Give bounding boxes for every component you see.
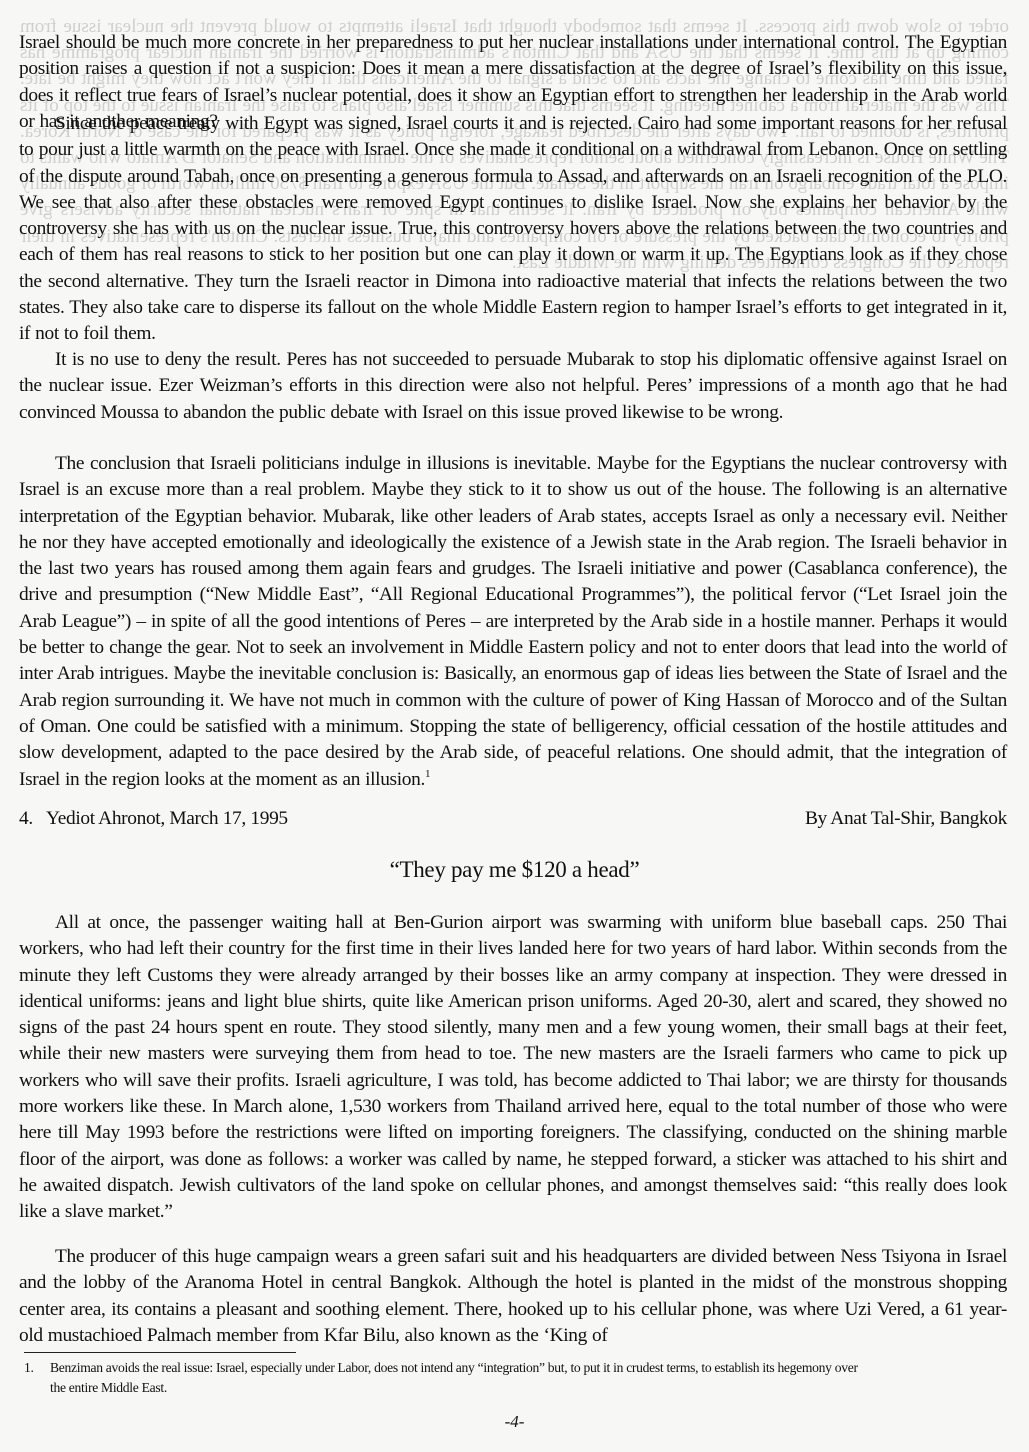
paragraph-conclusion-text: The conclusion that Israeli politicians …	[19, 453, 1007, 790]
article-source: 4.Yediot Ahronot, March 17, 1995	[19, 808, 288, 830]
article-paragraph-airport: All at once, the passenger waiting hall …	[19, 910, 1007, 1226]
footnote-reference[interactable]: 1	[425, 768, 430, 780]
paragraph-no-use-to-deny: It is no use to deny the result. Peres h…	[19, 347, 1007, 426]
footnote-text-line2: the entire Middle East.	[24, 1378, 1007, 1398]
footnote-number: 1.	[24, 1358, 50, 1378]
paragraph-conclusion: The conclusion that Israeli politicians …	[19, 451, 1007, 793]
footnote: 1.Benziman avoids the real issue: Israel…	[24, 1358, 1007, 1398]
article-number: 4.	[19, 808, 46, 830]
article-publication: Yediot Ahronot, March 17, 1995	[46, 808, 288, 829]
page-number: -4-	[0, 1412, 1029, 1432]
article-source-line: 4.Yediot Ahronot, March 17, 1995 By Anat…	[19, 808, 1007, 830]
article-byline: By Anat Tal-Shir, Bangkok	[805, 808, 1007, 830]
footnote-divider	[24, 1352, 296, 1353]
paragraph-peace-treaty: Since the peace treaty with Egypt was si…	[19, 111, 1007, 348]
footnote-text-line1: Benziman avoids the real issue: Israel, …	[50, 1360, 858, 1375]
article-headline: “They pay me $120 a head”	[0, 857, 1029, 883]
document-page: Israel should be much more concrete in h…	[0, 0, 1029, 1452]
article-paragraph-producer: The producer of this huge campaign wears…	[19, 1244, 1007, 1349]
